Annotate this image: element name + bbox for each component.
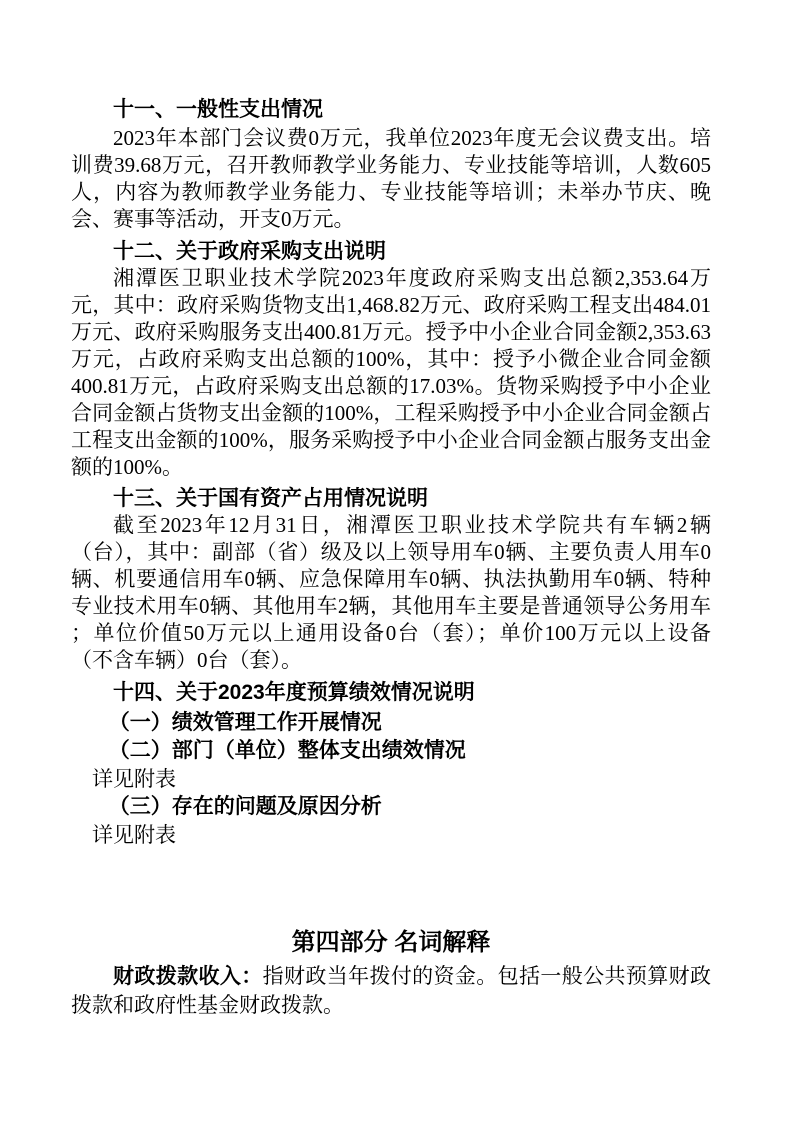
section-13-body: 截至2023年12月31日，湘潭医卫职业技术学院共有车辆2辆（台），其中：副部（… [71,512,711,674]
section-12-heading: 十二、关于政府采购支出说明 [71,238,711,265]
section-11-body: 2023年本部门会议费0万元，我单位2023年度无会议费支出。培训费39.68万… [71,125,711,233]
section-14-note-2: 详见附表 [71,821,711,849]
document-page: 十一、一般性支出情况 2023年本部门会议费0万元，我单位2023年度无会议费支… [0,0,793,1122]
section-14-note-1: 详见附表 [71,765,711,793]
section-13-heading: 十三、关于国有资产占用情况说明 [71,485,711,512]
section-14-item-2: （二）部门（单位）整体支出绩效情况 [71,737,711,765]
section-14-item-1: （一）绩效管理工作开展情况 [71,709,711,737]
section-12-body: 湘潭医卫职业技术学院2023年度政府采购支出总额2,353.64万元，其中：政府… [71,265,711,481]
part-4-title: 第四部分 名词解释 [71,926,711,959]
part-4-definition-paragraph: 财政拨款收入：指财政当年拨付的资金。包括一般公共预算财政拨款和政府性基金财政拨款… [71,962,711,1019]
section-14-item-3: （三）存在的问题及原因分析 [71,793,711,821]
section-11-heading: 十一、一般性支出情况 [71,96,711,123]
section-14-heading: 十四、关于2023年度预算绩效情况说明 [71,679,711,706]
term-fiscal-appropriation-income: 财政拨款收入： [113,965,263,988]
